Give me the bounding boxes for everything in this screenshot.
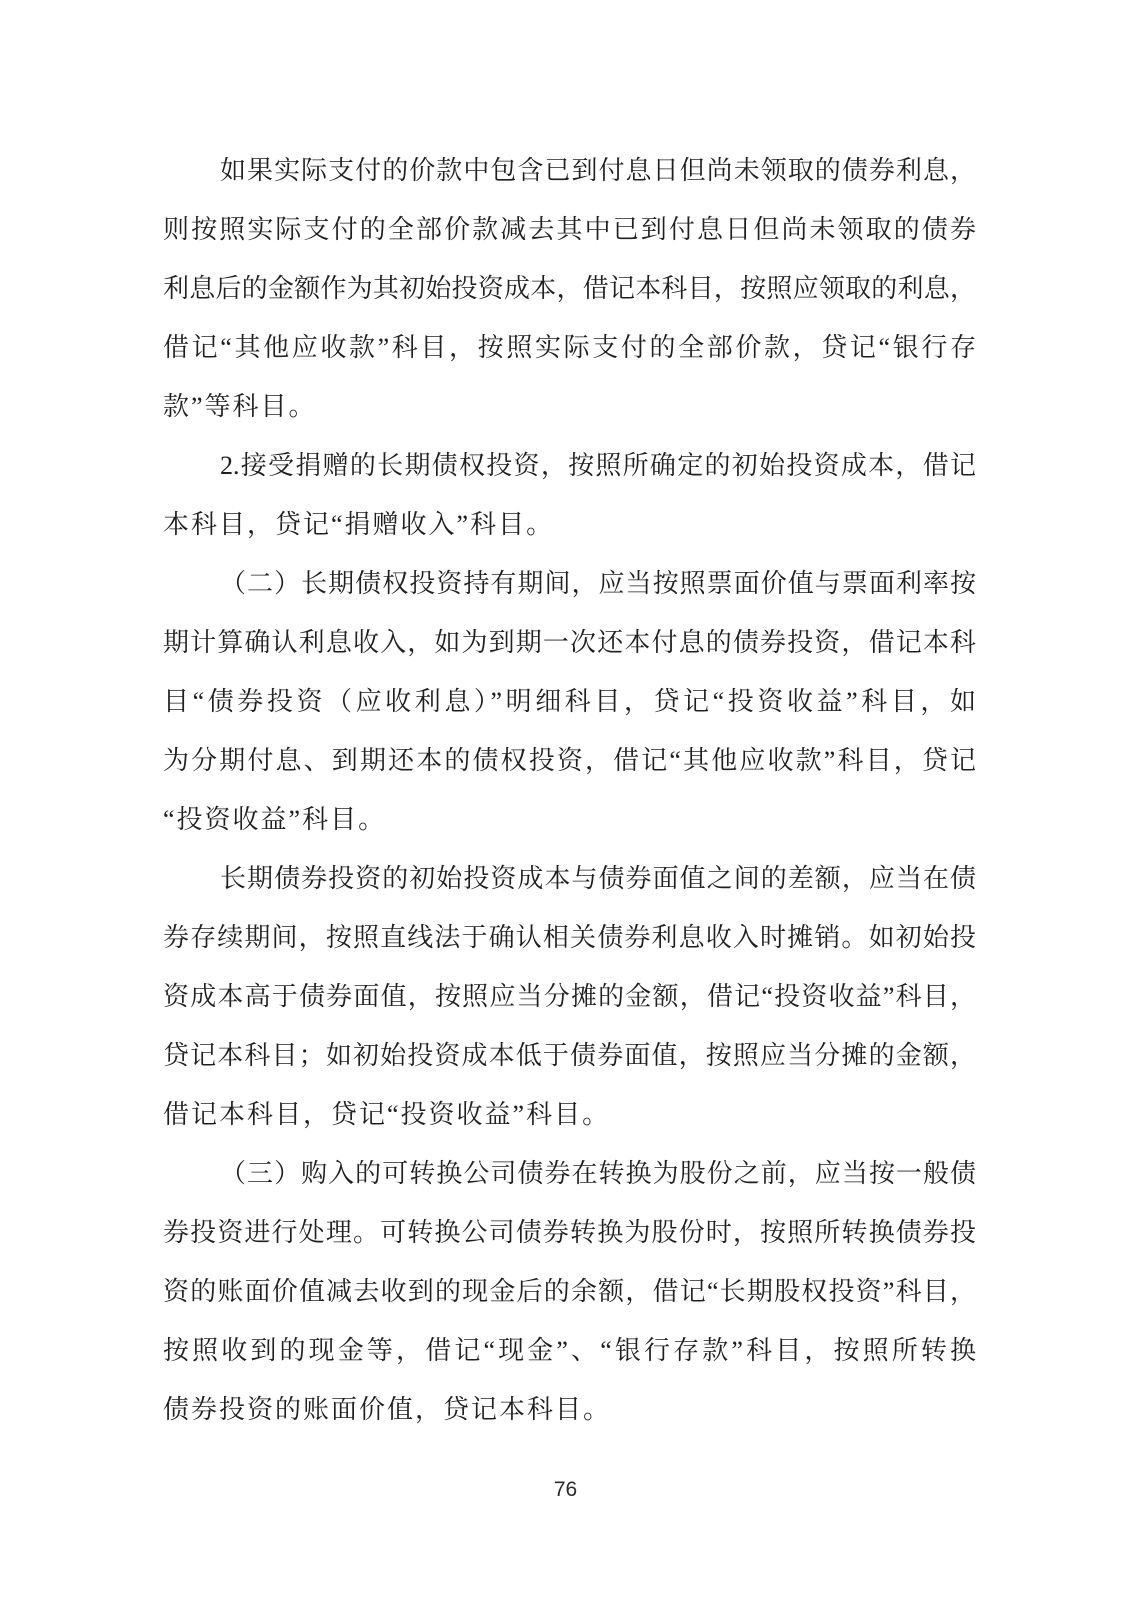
text-line: 债券投资的账面价值，贷记本科目。	[163, 1380, 976, 1439]
text-line: 券存续期间，按照直线法于确认相关债券利息收入时摊销。如初始投	[163, 908, 976, 967]
text-line: 按照收到的现金等，借记“现金”、“银行存款”科目，按照所转换	[163, 1321, 976, 1380]
text-line: 借记“其他应收款”科目，按照实际支付的全部价款，贷记“银行存	[163, 318, 976, 377]
text-line: 为分期付息、到期还本的债权投资，借记“其他应收款”科目，贷记	[163, 731, 976, 790]
text-line: 借记本科目，贷记“投资收益”科目。	[163, 1085, 976, 1144]
text-line: 资的账面价值减去收到的现金后的余额，借记“长期股权投资”科目，	[163, 1262, 976, 1321]
text-line: 则按照实际支付的全部价款减去其中已到付息日但尚未领取的债券	[163, 200, 976, 259]
text-line: 券投资进行处理。可转换公司债券转换为股份时，按照所转换债券投	[163, 1203, 976, 1262]
text-line: 目“债券投资（应收利息）”明细科目，贷记“投资收益”科目，如	[163, 672, 976, 731]
document-page: 如果实际支付的价款中包含已到付息日但尚未领取的债券利息，则按照实际支付的全部价款…	[0, 0, 1131, 1600]
document-body: 如果实际支付的价款中包含已到付息日但尚未领取的债券利息，则按照实际支付的全部价款…	[163, 141, 976, 1439]
text-line: （二）长期债权投资持有期间，应当按照票面价值与票面利率按	[163, 554, 976, 613]
page-number: 76	[0, 1478, 1131, 1502]
text-line: 本科目，贷记“捐赠收入”科目。	[163, 495, 976, 554]
text-line: 利息后的金额作为其初始投资成本，借记本科目，按照应领取的利息，	[163, 259, 976, 318]
text-line: 贷记本科目；如初始投资成本低于债券面值，按照应当分摊的金额，	[163, 1026, 976, 1085]
text-line: 2.接受捐赠的长期债权投资，按照所确定的初始投资成本，借记	[163, 436, 976, 495]
text-line: 长期债券投资的初始投资成本与债券面值之间的差额，应当在债	[163, 849, 976, 908]
text-line: 如果实际支付的价款中包含已到付息日但尚未领取的债券利息，	[163, 141, 976, 200]
text-line: 期计算确认利息收入，如为到期一次还本付息的债券投资，借记本科	[163, 613, 976, 672]
text-line: 资成本高于债券面值，按照应当分摊的金额，借记“投资收益”科目，	[163, 967, 976, 1026]
text-line: （三）购入的可转换公司债券在转换为股份之前，应当按一般债	[163, 1144, 976, 1203]
text-line: “投资收益”科目。	[163, 790, 976, 849]
text-line: 款”等科目。	[163, 377, 976, 436]
